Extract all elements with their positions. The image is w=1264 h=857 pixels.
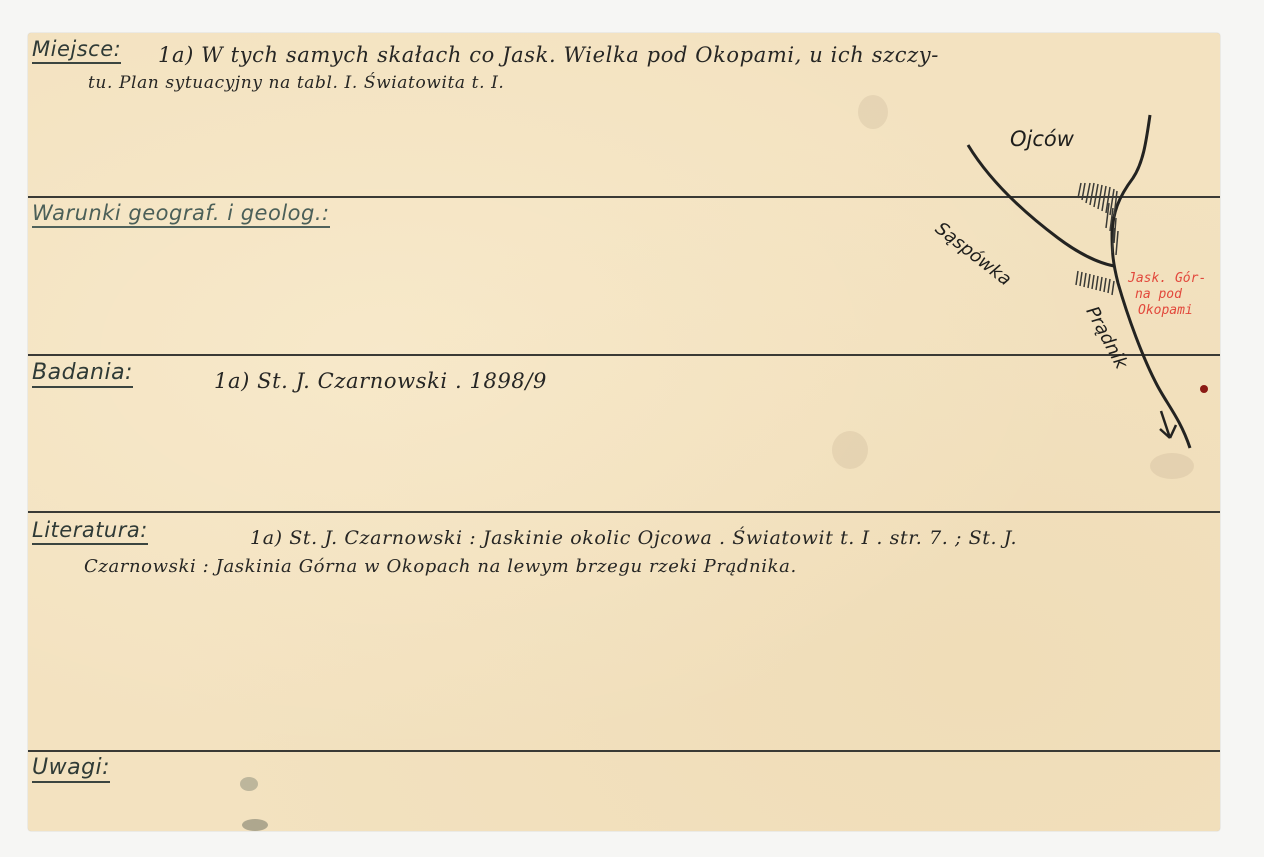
paper-stain — [242, 819, 268, 831]
research-text-line-1: 1a) St. J. Czarnowski . 1898/9 — [214, 369, 547, 393]
map-annotation-line-2: na pod — [1135, 287, 1182, 303]
location-text-line-1: 1a) W tych samych skałach co Jask. Wielk… — [158, 43, 939, 67]
map-annotation-line-3: Okopami — [1138, 303, 1193, 319]
map-label-ojcow: Ojców — [1010, 127, 1074, 151]
paper-stain — [240, 777, 258, 791]
catalog-card: Miejsce: 1a) W tych samych skałach co Ja… — [28, 33, 1220, 831]
paper-stain — [1150, 453, 1194, 479]
section-label-literature: Literatura: — [32, 518, 148, 545]
map-annotation-line-1: Jask. Gór- — [1128, 271, 1206, 287]
literature-text-line-2: Czarnowski : Jaskinia Górna w Okopach na… — [84, 556, 797, 577]
section-label-research: Badania: — [32, 360, 133, 388]
literature-text-line-1: 1a) St. J. Czarnowski : Jaskinie okolic … — [250, 527, 1017, 549]
location-text-line-2: tu. Plan sytuacyjny na tabl. I. Światowi… — [88, 73, 504, 93]
paper-stain — [858, 95, 888, 129]
paper-stain — [832, 431, 868, 469]
section-divider — [28, 511, 1220, 513]
section-divider — [28, 750, 1220, 752]
section-label-geography-geology: Warunki geograf. i geolog.: — [32, 201, 330, 228]
cave-location-marker — [1200, 385, 1208, 393]
section-label-remarks: Uwagi: — [32, 755, 110, 783]
section-label-location: Miejsce: — [32, 37, 121, 64]
stream-saspowka-line — [968, 145, 1114, 266]
